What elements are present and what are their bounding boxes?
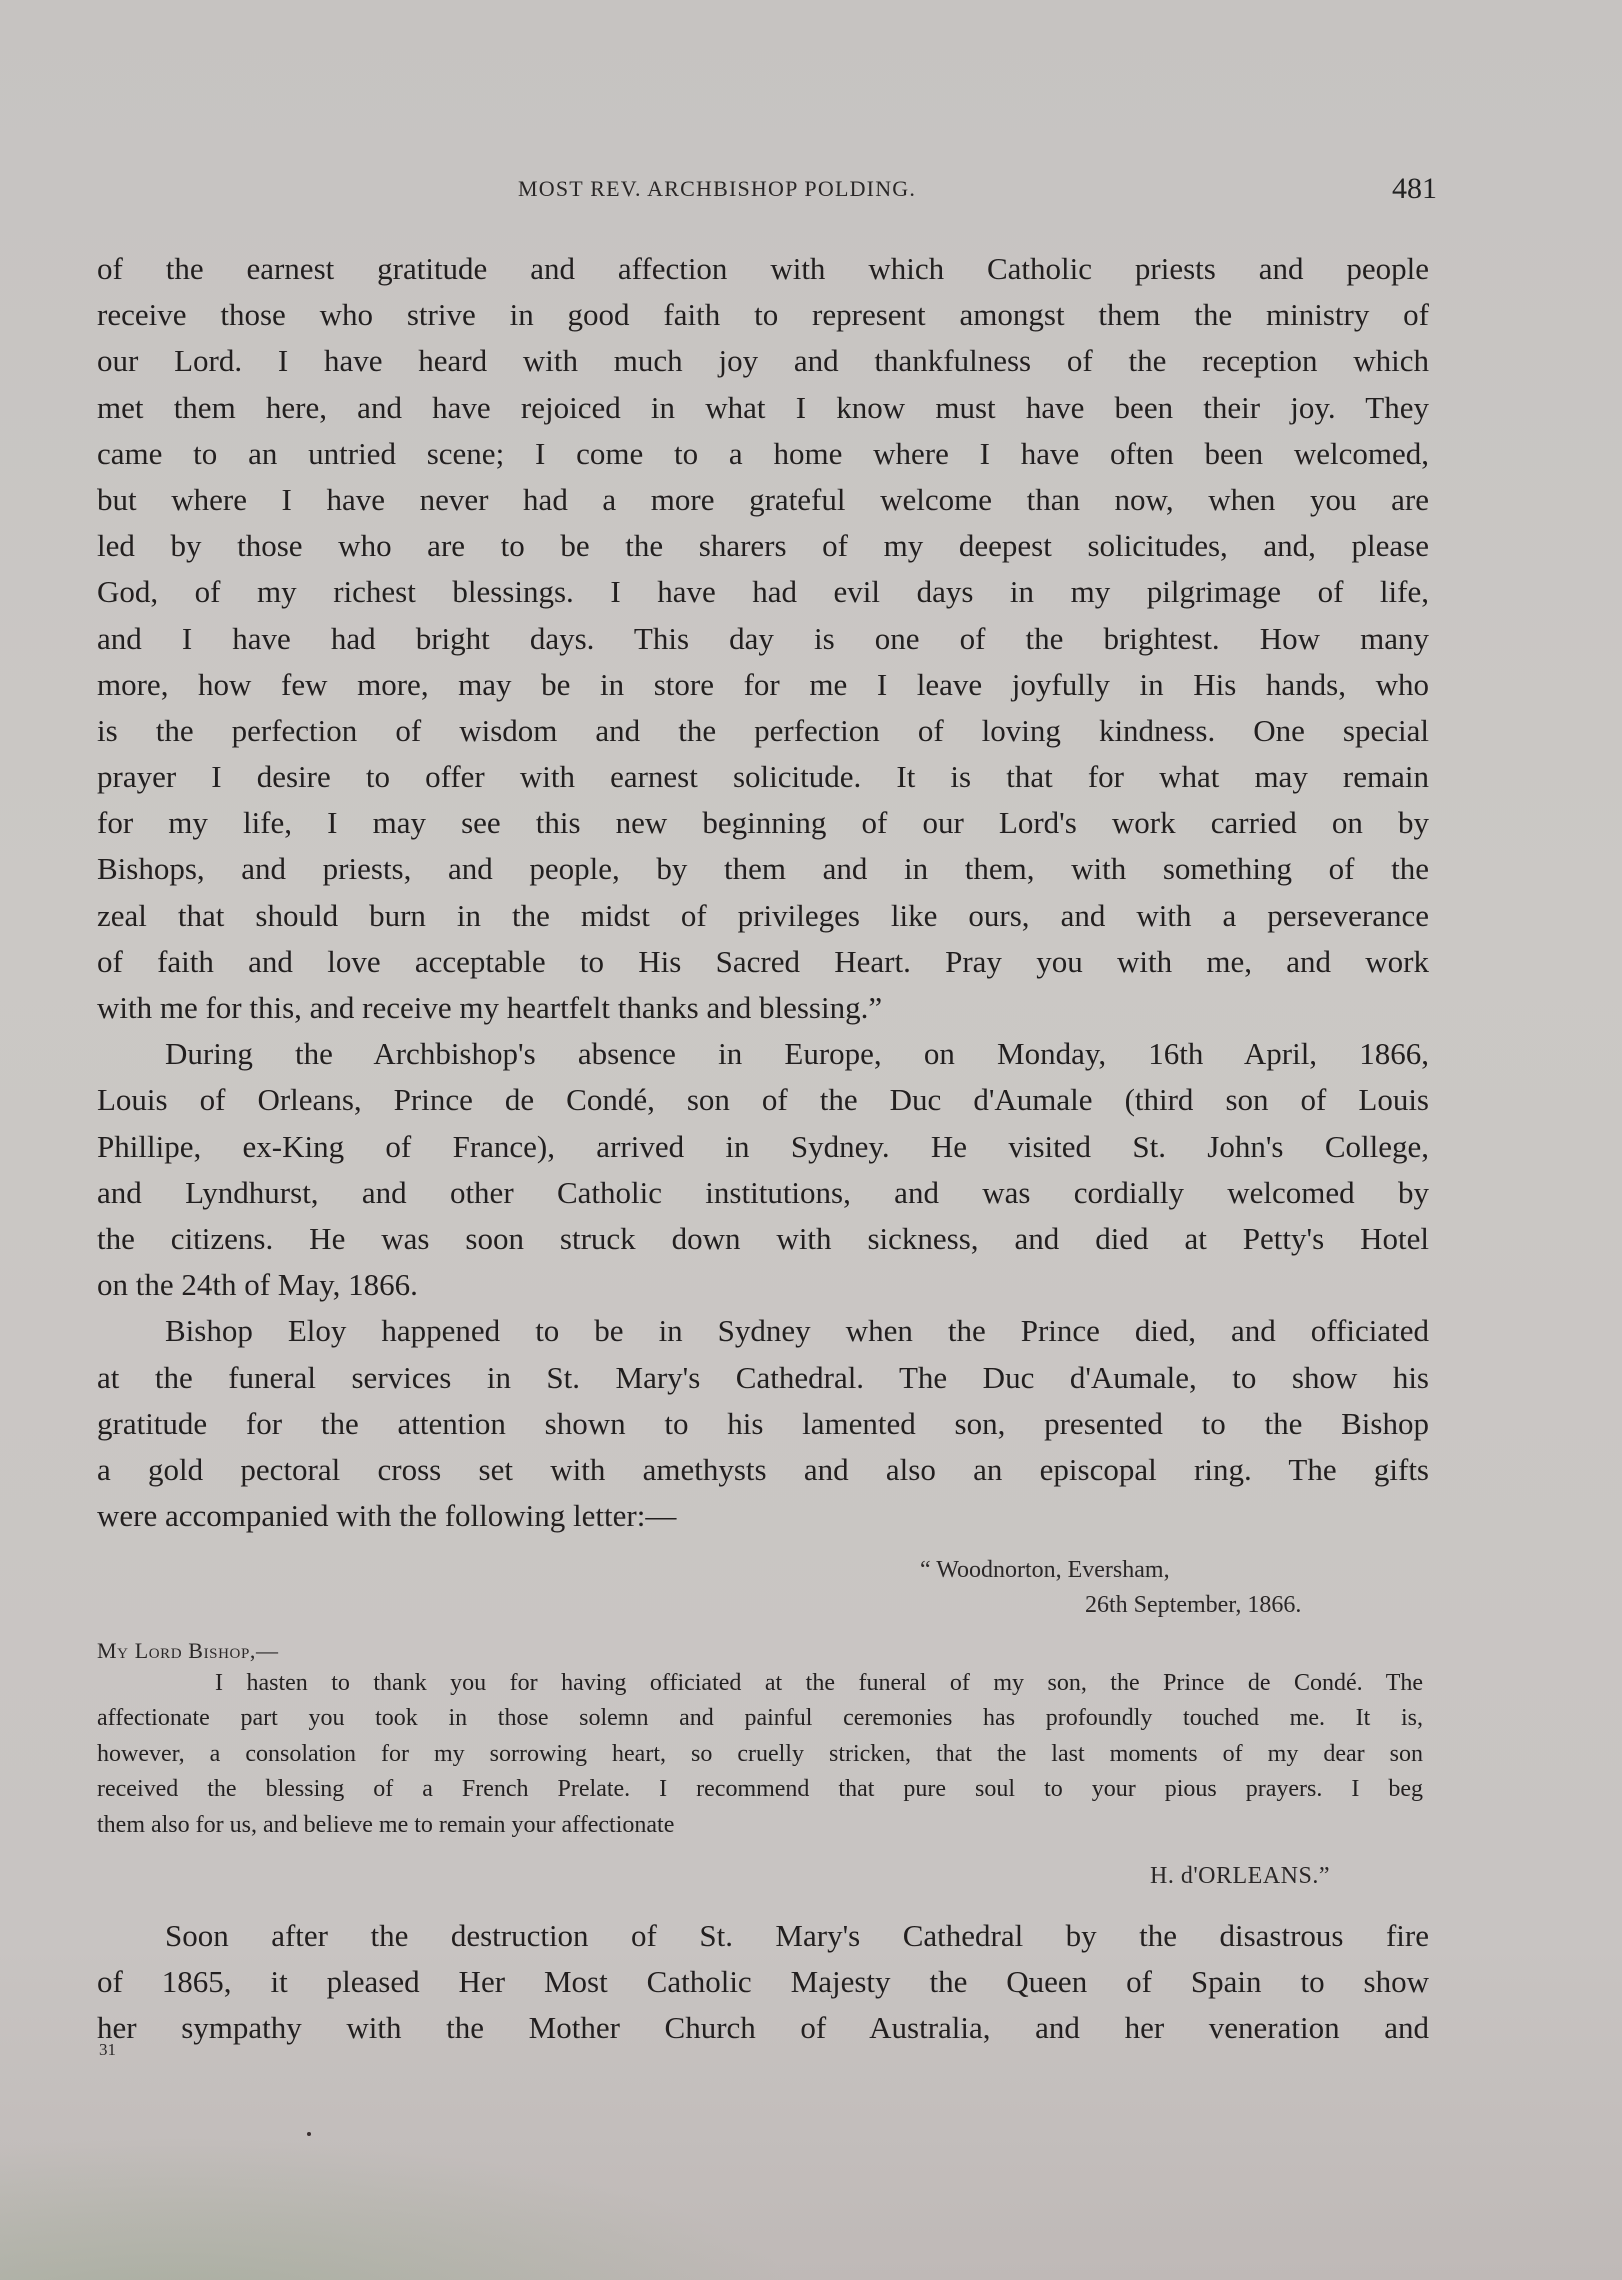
letter-line: however, a consolation for my sorrowing …: [97, 1737, 1423, 1772]
text-line: for my life, I may see this new beginnin…: [97, 800, 1429, 846]
text-line: our Lord. I have heard with much joy and…: [97, 338, 1429, 384]
text-line: receive those who strive in good faith t…: [97, 292, 1429, 338]
text-line: but where I have never had a more gratef…: [97, 477, 1429, 523]
text-line: Phillipe, ex-King of France), arrived in…: [97, 1124, 1429, 1170]
book-page: MOST REV. ARCHBISHOP POLDING. 481 of the…: [0, 0, 1622, 2280]
paragraph-prince-de-conde: During the Archbishop's absence in Europ…: [97, 1031, 1429, 1308]
paragraph-quote-continuation: of the earnest gratitude and affection w…: [97, 246, 1429, 1031]
text-line: more, how few more, may be in store for …: [97, 662, 1429, 708]
letter-line: them also for us, and believe me to rema…: [97, 1808, 1423, 1843]
text-line: at the funeral services in St. Mary's Ca…: [97, 1355, 1429, 1401]
letter-line: received the blessing of a French Prelat…: [97, 1772, 1423, 1807]
letter-date: 26th September, 1866.: [920, 1588, 1370, 1623]
text-line: with me for this, and receive my heartfe…: [97, 985, 1429, 1031]
text-line: came to an untried scene; I come to a ho…: [97, 431, 1429, 477]
text-line: met them here, and have rejoiced in what…: [97, 385, 1429, 431]
letter-line: affectionate part you took in those sole…: [97, 1701, 1423, 1736]
text-line: Bishop Eloy happened to be in Sydney whe…: [97, 1308, 1429, 1354]
text-line: on the 24th of May, 1866.: [97, 1262, 1429, 1308]
text-line: the citizens. He was soon struck down wi…: [97, 1216, 1429, 1262]
text-line: During the Archbishop's absence in Europ…: [97, 1031, 1429, 1077]
body-text: of the earnest gratitude and affection w…: [97, 246, 1429, 1539]
printer-signature-mark: 31: [99, 2040, 116, 2060]
text-line: of faith and love acceptable to His Sacr…: [97, 939, 1429, 985]
page-number: 481: [1392, 172, 1437, 206]
text-line: Louis of Orleans, Prince de Condé, son o…: [97, 1077, 1429, 1123]
text-line: a gold pectoral cross set with amethysts…: [97, 1447, 1429, 1493]
text-line: of 1865, it pleased Her Most Catholic Ma…: [97, 1959, 1429, 2005]
text-line: prayer I desire to offer with earnest so…: [97, 754, 1429, 800]
text-line: gratitude for the attention shown to his…: [97, 1401, 1429, 1447]
letter-heading: “ Woodnorton, Eversham, 26th September, …: [920, 1553, 1370, 1623]
letter-body: I hasten to thank you for having officia…: [97, 1666, 1423, 1843]
paragraph-bishop-eloy: Bishop Eloy happened to be in Sydney whe…: [97, 1308, 1429, 1539]
running-head: MOST REV. ARCHBISHOP POLDING. 481: [97, 172, 1437, 212]
text-line: zeal that should burn in the midst of pr…: [97, 893, 1429, 939]
text-line: God, of my richest blessings. I have had…: [97, 569, 1429, 615]
text-line: of the earnest gratitude and affection w…: [97, 246, 1429, 292]
paragraph-queen-of-spain: Soon after the destruction of St. Mary's…: [97, 1913, 1429, 2052]
letter-signature: H. d'ORLEANS.”: [1150, 1863, 1330, 1890]
text-line: Soon after the destruction of St. Mary's…: [97, 1913, 1429, 1959]
text-line: Bishops, and priests, and people, by the…: [97, 846, 1429, 892]
text-line: and Lyndhurst, and other Catholic instit…: [97, 1170, 1429, 1216]
letter-line: I hasten to thank you for having officia…: [97, 1666, 1423, 1701]
running-title: MOST REV. ARCHBISHOP POLDING.: [518, 176, 916, 202]
text-line: and I have had bright days. This day is …: [97, 616, 1429, 662]
text-line: her sympathy with the Mother Church of A…: [97, 2005, 1429, 2051]
letter-place: “ Woodnorton, Eversham,: [920, 1553, 1370, 1588]
paper-speck: [307, 2132, 311, 2136]
text-line: led by those who are to be the sharers o…: [97, 523, 1429, 569]
letter-salutation: My Lord Bishop,—: [97, 1638, 279, 1664]
text-line: is the perfection of wisdom and the perf…: [97, 708, 1429, 754]
text-line: were accompanied with the following lett…: [97, 1493, 1429, 1539]
